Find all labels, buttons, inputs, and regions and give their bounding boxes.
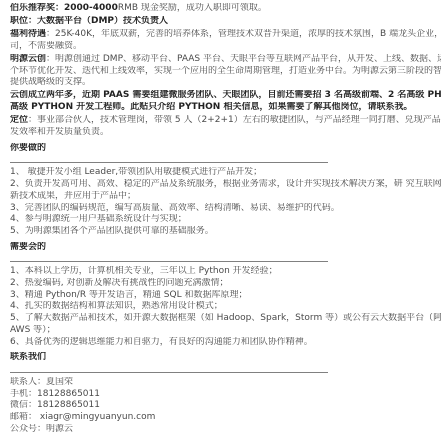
benefits-label: 福利待遇 <box>10 29 46 39</box>
company-intro-line-2: 个环节优化开发、迭代和上线效率，实现一个应用的全生命周期管理，打造业务中台。为明… <box>10 66 441 78</box>
contact-phone-line: 手机：18128865011 <box>10 389 441 401</box>
referral-bonus-highlight: 伯乐推荐奖：2000-4000 <box>10 3 118 13</box>
todo-section-heading: 你要做的 <box>10 143 441 155</box>
requirement-item-line: 2、热爱编码, 对创新及解决有挑战性的问题充满激情； <box>10 278 441 290</box>
benefits-line-1: 福利待遇：25K-40K，年底双薪，完善的培养体系，管理技术双晋升渠道，浓厚的技… <box>10 29 441 41</box>
contact-email-line: 邮箱： xiagr@mingyuanyun.com <box>10 412 441 424</box>
referral-bonus-rest: RMB 现金奖励，成功入职即可领取。 <box>118 3 267 13</box>
position-text: 职位：大数据平台（DMP）技术负责人 <box>10 16 168 26</box>
requirement-item-line: 5、了解大数据产品和技术，如开源大数据框架（如 Hadoop、Spark，Sto… <box>10 313 441 325</box>
requirement-item-line: 6、具备优秀的逻辑思维能力和自驱力，有良好的沟通能力和团队协作精神。 <box>10 337 441 349</box>
contact-person-line: 联系人：夏国荣 <box>10 377 441 389</box>
hiring-plan-line-2: 高级 PYTHON 开发工程师。此贴只介绍 PYTHON 相关信息，如果需要了解… <box>10 102 441 114</box>
contact-section-heading: 联系我们 <box>10 352 441 364</box>
role-line-2: 发效率和开发质量负责。 <box>10 127 441 139</box>
job-post-document: 伯乐推荐奖：2000-4000RMB 现金奖励，成功入职即可领取。 职位：大数据… <box>0 0 446 446</box>
todo-item-line: 2、负责开发高可用、高效、稳定的产品及系统服务，根据业务需求，设计并实现技术解决… <box>10 179 441 191</box>
todo-item-line: 5、为明源集团各个产品团队提供可靠的基础服务。 <box>10 226 441 238</box>
role-line-1: 定位：事业部合伙人，技术管理岗，带领 5 人（2+2+1）左右的敏捷团队，与产品… <box>10 115 441 127</box>
benefits-line-2: 司，不需要融资。 <box>10 41 441 53</box>
benefits-text-1: ：25K-40K，年底双薪，完善的培养体系，管理技术双晋升渠道，浓厚的技术氛围，… <box>46 29 441 39</box>
contact-official-account-line: 公众号：明源云 <box>10 424 441 436</box>
requirement-item-line: 3、精通 Python/R 等开发语言，精通 SQL 和数据库原理； <box>10 290 441 302</box>
requirement-item-line: 4、扎实的数据结构和算法知识，熟悉常用设计模式； <box>10 301 441 313</box>
requirements-section-heading: 需要会的 <box>10 242 441 254</box>
requirements-section-divider <box>10 261 328 262</box>
todo-item-line: 1、 敏捷开发小组 Leader,带领团队用敏捷模式进行产品开发； <box>10 167 441 179</box>
hiring-plan-line-1: 云创成立两年多，近期 PAAS 需要组建微服务团队、天眼团队，目前还需要招 3 … <box>10 90 441 102</box>
requirement-item-line: 1、本科以上学历，计算机相关专业，三年以上 Python 开发经验； <box>10 266 441 278</box>
todo-item-line: 4、参与明源统一用户基础系统设计与实现； <box>10 214 441 226</box>
role-text-1: ：事业部合伙人，技术管理岗，带领 5 人（2+2+1）左右的敏捷团队，与产品经理… <box>28 115 441 125</box>
company-label: 明源云创 <box>10 54 46 64</box>
contact-section-divider <box>10 372 328 373</box>
todo-section-divider <box>10 162 328 163</box>
company-intro-line-1: 明源云创：明源创通过 DMP、移动平台、PAAS 平台、天眼平台等互联网产品平台… <box>10 54 441 66</box>
requirement-item-line: AWS 等）； <box>10 325 441 337</box>
referral-bonus-line: 伯乐推荐奖：2000-4000RMB 现金奖励，成功入职即可领取。 <box>10 3 441 15</box>
company-intro-line-3: 提供战略级的支撑。 <box>10 77 441 89</box>
company-text-1: ：明源创通过 DMP、移动平台、PAAS 平台、天眼平台等互联网产品平台，从开发… <box>46 54 441 64</box>
role-label: 定位 <box>10 115 28 125</box>
todo-item-line: 新技术成果，并应用于产品中； <box>10 191 441 203</box>
contact-wechat-line: 微信：18128865011 <box>10 400 441 412</box>
todo-item-line: 3、完善团队的编码规范，编写高质量、高效率、结构清晰、易读、易维护的代码。 <box>10 203 441 215</box>
position-line: 职位：大数据平台（DMP）技术负责人 <box>10 16 441 28</box>
